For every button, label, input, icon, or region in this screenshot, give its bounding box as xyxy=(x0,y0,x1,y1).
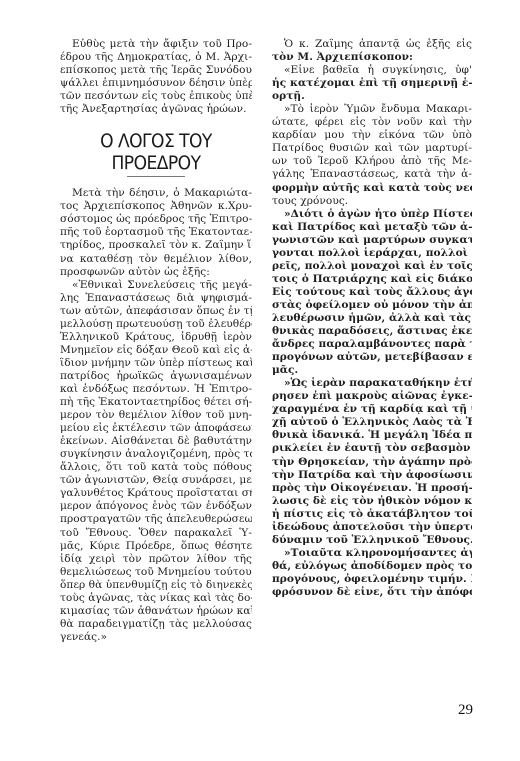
text-line: γονται πολλοὶ ἱεράρχαι, πολλοὶ ἱε- xyxy=(272,247,472,260)
text-line: τος Ἀρχιεπίσκοπος Ἀθηνῶν κ.Χρυ- xyxy=(60,200,252,213)
text-line: φρόσυνον δὲ εἶνε, ὅτι τὴν ἀπόφα- xyxy=(272,586,472,599)
text-line: να καταθέσῃ τὸν θεμέλιον λίθον, xyxy=(60,253,252,266)
text-line: γενεάς.» xyxy=(60,631,252,644)
text-line: προσφωνῶν αὐτὸν ὡς ἑξῆς: xyxy=(60,266,252,279)
text-line: καὶ Πατρίδος καὶ μεταξὺ τῶν ἀ- xyxy=(272,221,472,234)
text-line: μερον τὸν θεμέλιον λίθον τοῦ μνη- xyxy=(60,409,252,422)
text-line: ἧς κατέχομαι ἐπὶ τῇ σημερινῇ ἑ- xyxy=(272,77,472,90)
text-line: θεμελιώσεως τοῦ Μνημείου τούτου, xyxy=(60,566,252,579)
text-line: Εὐθὺς μετὰ τὴν ἄφιξιν τοῦ Προ- xyxy=(60,38,252,51)
text-line: »Τὸ ἱερὸν Ὑμῶν ἔνδυμα Μακαρι- xyxy=(272,103,472,116)
text-line: μελλούσῃ πρωτευούσῃ τοῦ ἐλευθέρου xyxy=(60,318,252,331)
text-line: »Τοιαῦτα κληρονομήσαντες ἀγα- xyxy=(272,547,472,560)
left-column: Εὐθὺς μετὰ τὴν ἄφιξιν τοῦ Προ-έδρου τῆς … xyxy=(60,38,252,644)
text-line: προγόνων αὐτῶν, μετεβίβασαν εἰς ἡ- xyxy=(272,351,472,364)
text-line: «Ἐθνικαὶ Συνελεύσεις τῆς μεγά- xyxy=(60,279,252,292)
text-line: ἐκείνων. Αἰσθάνεται δὲ βαθυτάτην xyxy=(60,435,252,448)
text-line: τηρίδος, προσκαλεῖ τὸν κ. Ζαΐμην ἵ- xyxy=(60,239,252,252)
text-line: ώτατε, φέρει εἰς τὸν νοῦν καὶ τὴν xyxy=(272,116,472,129)
text-line: λης Ἐπαναστάσεως διὰ ψηφισμά- xyxy=(60,292,252,305)
text-line: πρὸς τὴν Οἰκογένειαν. Ἡ προσή- xyxy=(272,482,472,495)
text-line: ἰδεώδους ἀποτελοῦσι τὴν ὑπερτάτην xyxy=(272,521,472,534)
text-line: τῶν ἀγωνιστῶν, Θείᾳ συνάρσει, με- xyxy=(60,474,252,487)
text-line: τὴν Θρησκείαν, τὴν ἀγάπην πρὸς xyxy=(272,456,472,469)
text-line: γαλυνθέτος Κράτους προΐσταται σή- xyxy=(60,487,252,500)
text-line: ορτῇ. xyxy=(272,90,472,103)
text-line: τοὺς ἀγῶνας, τὰς νίκας καὶ τὰς δο- xyxy=(60,592,252,605)
text-line: προστραγατῶν τῆς ἀπελευθερώσεως xyxy=(60,513,252,526)
right-column: Ὁ κ. Ζαΐμης ἀπαντᾷ ὡς ἑξῆς εἰςτὸν Μ. Ἀρχ… xyxy=(272,38,472,599)
section-heading: Ο ΛΟΓΟΣ ΤΟΥ ΠΡΟΕΔΡΟΥ xyxy=(60,130,252,177)
text-line: »Ὡς ἱερὰν παρακαταθήκην ἐτή- xyxy=(272,377,472,390)
text-line: μᾶς, Κύριε Πρόεδρε, ὅπως θέσητε xyxy=(60,540,252,553)
title-underline-divider xyxy=(127,176,185,177)
text-line: τὴν Πατρίδα καὶ τὴν ἀφοσίωσιν xyxy=(272,469,472,482)
text-line: Εἰς τούτους καὶ τοὺς ἄλλους ἀγωνι- xyxy=(272,286,472,299)
text-line: έδρου τῆς Δημοκρατίας, ὁ Μ. Ἀρχι- xyxy=(60,51,252,64)
text-line: τοῦ Ἔθνους. Ὅθεν παρακαλεῖ Ὑ- xyxy=(60,527,252,540)
text-line: τους χρόνους. xyxy=(272,195,472,208)
text-line: ὅπερ θὰ ὑπενθυμίζῃ εἰς τὸ διηνεκὲς xyxy=(60,579,252,592)
text-line: ρικλείει ἐν ἑαυτῇ τὸν σεβασμὸν πρὸς xyxy=(272,442,472,455)
text-line: πῆς τοῦ ἑορτασμοῦ τῆς Ἑκατονταε- xyxy=(60,226,252,239)
text-line: χαραγμένα ἐν τῇ καρδίᾳ καὶ τῇ ψυ- xyxy=(272,403,472,416)
text-line: λευθέρωσιν ἡμῶν, ἀλλὰ καὶ τὰς Ἐ- xyxy=(272,312,472,325)
text-line: ἰδίᾳ χειρὶ τὸν πρῶτον λίθον τῆς xyxy=(60,553,252,566)
text-line: Ἑλληνικοῦ Κράτους, ἱδρυθῇ ἱερὸν xyxy=(60,331,252,344)
page-number: 29 xyxy=(458,702,473,719)
text-line: στὰς ὀφείλομεν οὐ μόνον τὴν ἀπε- xyxy=(272,299,472,312)
text-line: μερον ἀπόγονος ἑνὸς τῶν ἐνδόξων xyxy=(60,500,252,513)
text-line: μείου εἰς ἐκτέλεσιν τῶν ἀποφάσεων xyxy=(60,422,252,435)
text-line: Πατρίδος θυσιῶν καὶ τῶν μαρτυρί- xyxy=(272,142,472,155)
text-line: τῆς Ἀνεξαρτησίας ἀγῶνας ἡρώων. xyxy=(60,103,252,116)
text-line: φορμὴν αὐτῆς καὶ κατὰ τοὺς νεωτά- xyxy=(272,182,472,195)
text-line: τὸν Μ. Ἀρχιεπίσκοπον: xyxy=(272,51,472,64)
text-line: επίσκοπος μετὰ τῆς Ἱερᾶς Συνόδου xyxy=(60,64,252,77)
text-line: θνικὰ ἰδανικά. Ἡ μεγάλη Ἰδέα πε- xyxy=(272,429,472,442)
text-line: ψάλλει ἐπιμνημόσυνον δέησιν ὑπὲρ xyxy=(60,77,252,90)
text-line: ἄνδρες παραλαμβάνοντες παρὰ τῶν xyxy=(272,338,472,351)
text-line: γωνιστῶν καὶ μαρτύρων συγκαταλέ- xyxy=(272,234,472,247)
text-line: κιμασίας τῶν ἀθανάτων ἡρώων καὶ xyxy=(60,605,252,618)
text-line: πὴ τῆς Ἑκατονταετηρίδος θέτει σή- xyxy=(60,396,252,409)
text-line: γάλης Ἐπαναστάσεως, κατὰ τὴν ἀ- xyxy=(272,168,472,181)
text-line: καρδίαν μου τὴν εἰκόνα τῶν ὑπὸ xyxy=(272,129,472,142)
text-line: θνικὰς παραδόσεις, ἅστινας ἐκεῖνοι οἱ xyxy=(272,325,472,338)
speech-archbishop: Μετὰ τὴν δέησιν, ὁ Μακαριώτα-τος Ἀρχιεπί… xyxy=(60,187,252,644)
text-line: καὶ ἐνδόξως πεσόντων. Ἡ Ἐπιτρο- xyxy=(60,383,252,396)
text-line: λωσις δὲ εἰς τὸν ἠθικὸν νόμον καὶ xyxy=(272,495,472,508)
text-line: πατρίδος ἡρωϊκῶς ἀγωνισαμένων xyxy=(60,370,252,383)
text-line: χῇ αὐτοῦ ὁ Ἑλληνικὸς Λαὸς τὰ Ἐ- xyxy=(272,416,472,429)
text-line: προγόνους, ὀφειλομένην τιμήν. Εὐ- xyxy=(272,573,472,586)
text-line: θὰ παραδειγματίζῃ τὰς μελλούσας xyxy=(60,618,252,631)
text-line: θά, εὐλόγως ἀποδίδομεν πρὸς τοὺς xyxy=(272,560,472,573)
text-line: ρησεν ἐπὶ μακροὺς αἰῶνας ἐγκε- xyxy=(272,390,472,403)
text-line: τοις ὁ Πατριάρχης καὶ εἷς διάκονος. xyxy=(272,273,472,286)
text-line: των αὐτῶν, ἀπεφάσισαν ὅπως ἐν τῇ xyxy=(60,305,252,318)
section-title: Ο ΛΟΓΟΣ ΤΟΥ ΠΡΟΕΔΡΟΥ xyxy=(70,130,243,174)
text-line: ρεῖς, πολλοὶ μοναχοὶ καὶ ἐν τοῖς πρώ- xyxy=(272,260,472,273)
text-line: Μνημεῖον εἰς δόξαν Θεοῦ καὶ εἰς ἀ- xyxy=(60,344,252,357)
intro-paragraph: Εὐθὺς μετὰ τὴν ἄφιξιν τοῦ Προ-έδρου τῆς … xyxy=(60,38,252,116)
text-line: σόστομος ὡς πρόεδρος τῆς Ἐπιτρο- xyxy=(60,213,252,226)
text-line: ΐδιον μνήμην τῶν ὑπὲρ πίστεως καὶ xyxy=(60,357,252,370)
text-line: συγκίνησιν ἀναλογιζομένη, πρὸς τοῖς xyxy=(60,448,252,461)
text-line: »Διότι ὁ ἀγὼν ἦτο ὑπὲρ Πίστεως xyxy=(272,208,472,221)
text-line: ων τοῦ Ἱεροῦ Κλήρου ἀπὸ τῆς Με- xyxy=(272,155,472,168)
text-line: ἡ πίστις εἰς τὸ ἀκατάβλητον τοῦ xyxy=(272,508,472,521)
text-line: ἄλλοις, ὅτι τοῦ κατὰ τοὺς πόθους xyxy=(60,461,252,474)
text-line: Ὁ κ. Ζαΐμης ἀπαντᾷ ὡς ἑξῆς εἰς xyxy=(272,38,472,51)
text-line: μᾶς. xyxy=(272,364,472,377)
text-line: Μετὰ τὴν δέησιν, ὁ Μακαριώτα- xyxy=(60,187,252,200)
text-line: τῶν πεσόντων εἰς τοὺς ἐπικοὺς ὑπὲρ xyxy=(60,90,252,103)
text-line: «Εἶνε βαθεῖα ἡ συγκίνησις, ὑφ' xyxy=(272,64,472,77)
text-line: δύναμιν τοῦ Ἑλληνικοῦ Ἔθνους. xyxy=(272,534,472,547)
speech-zaimis: Ὁ κ. Ζαΐμης ἀπαντᾷ ὡς ἑξῆς εἰςτὸν Μ. Ἀρχ… xyxy=(272,38,472,599)
